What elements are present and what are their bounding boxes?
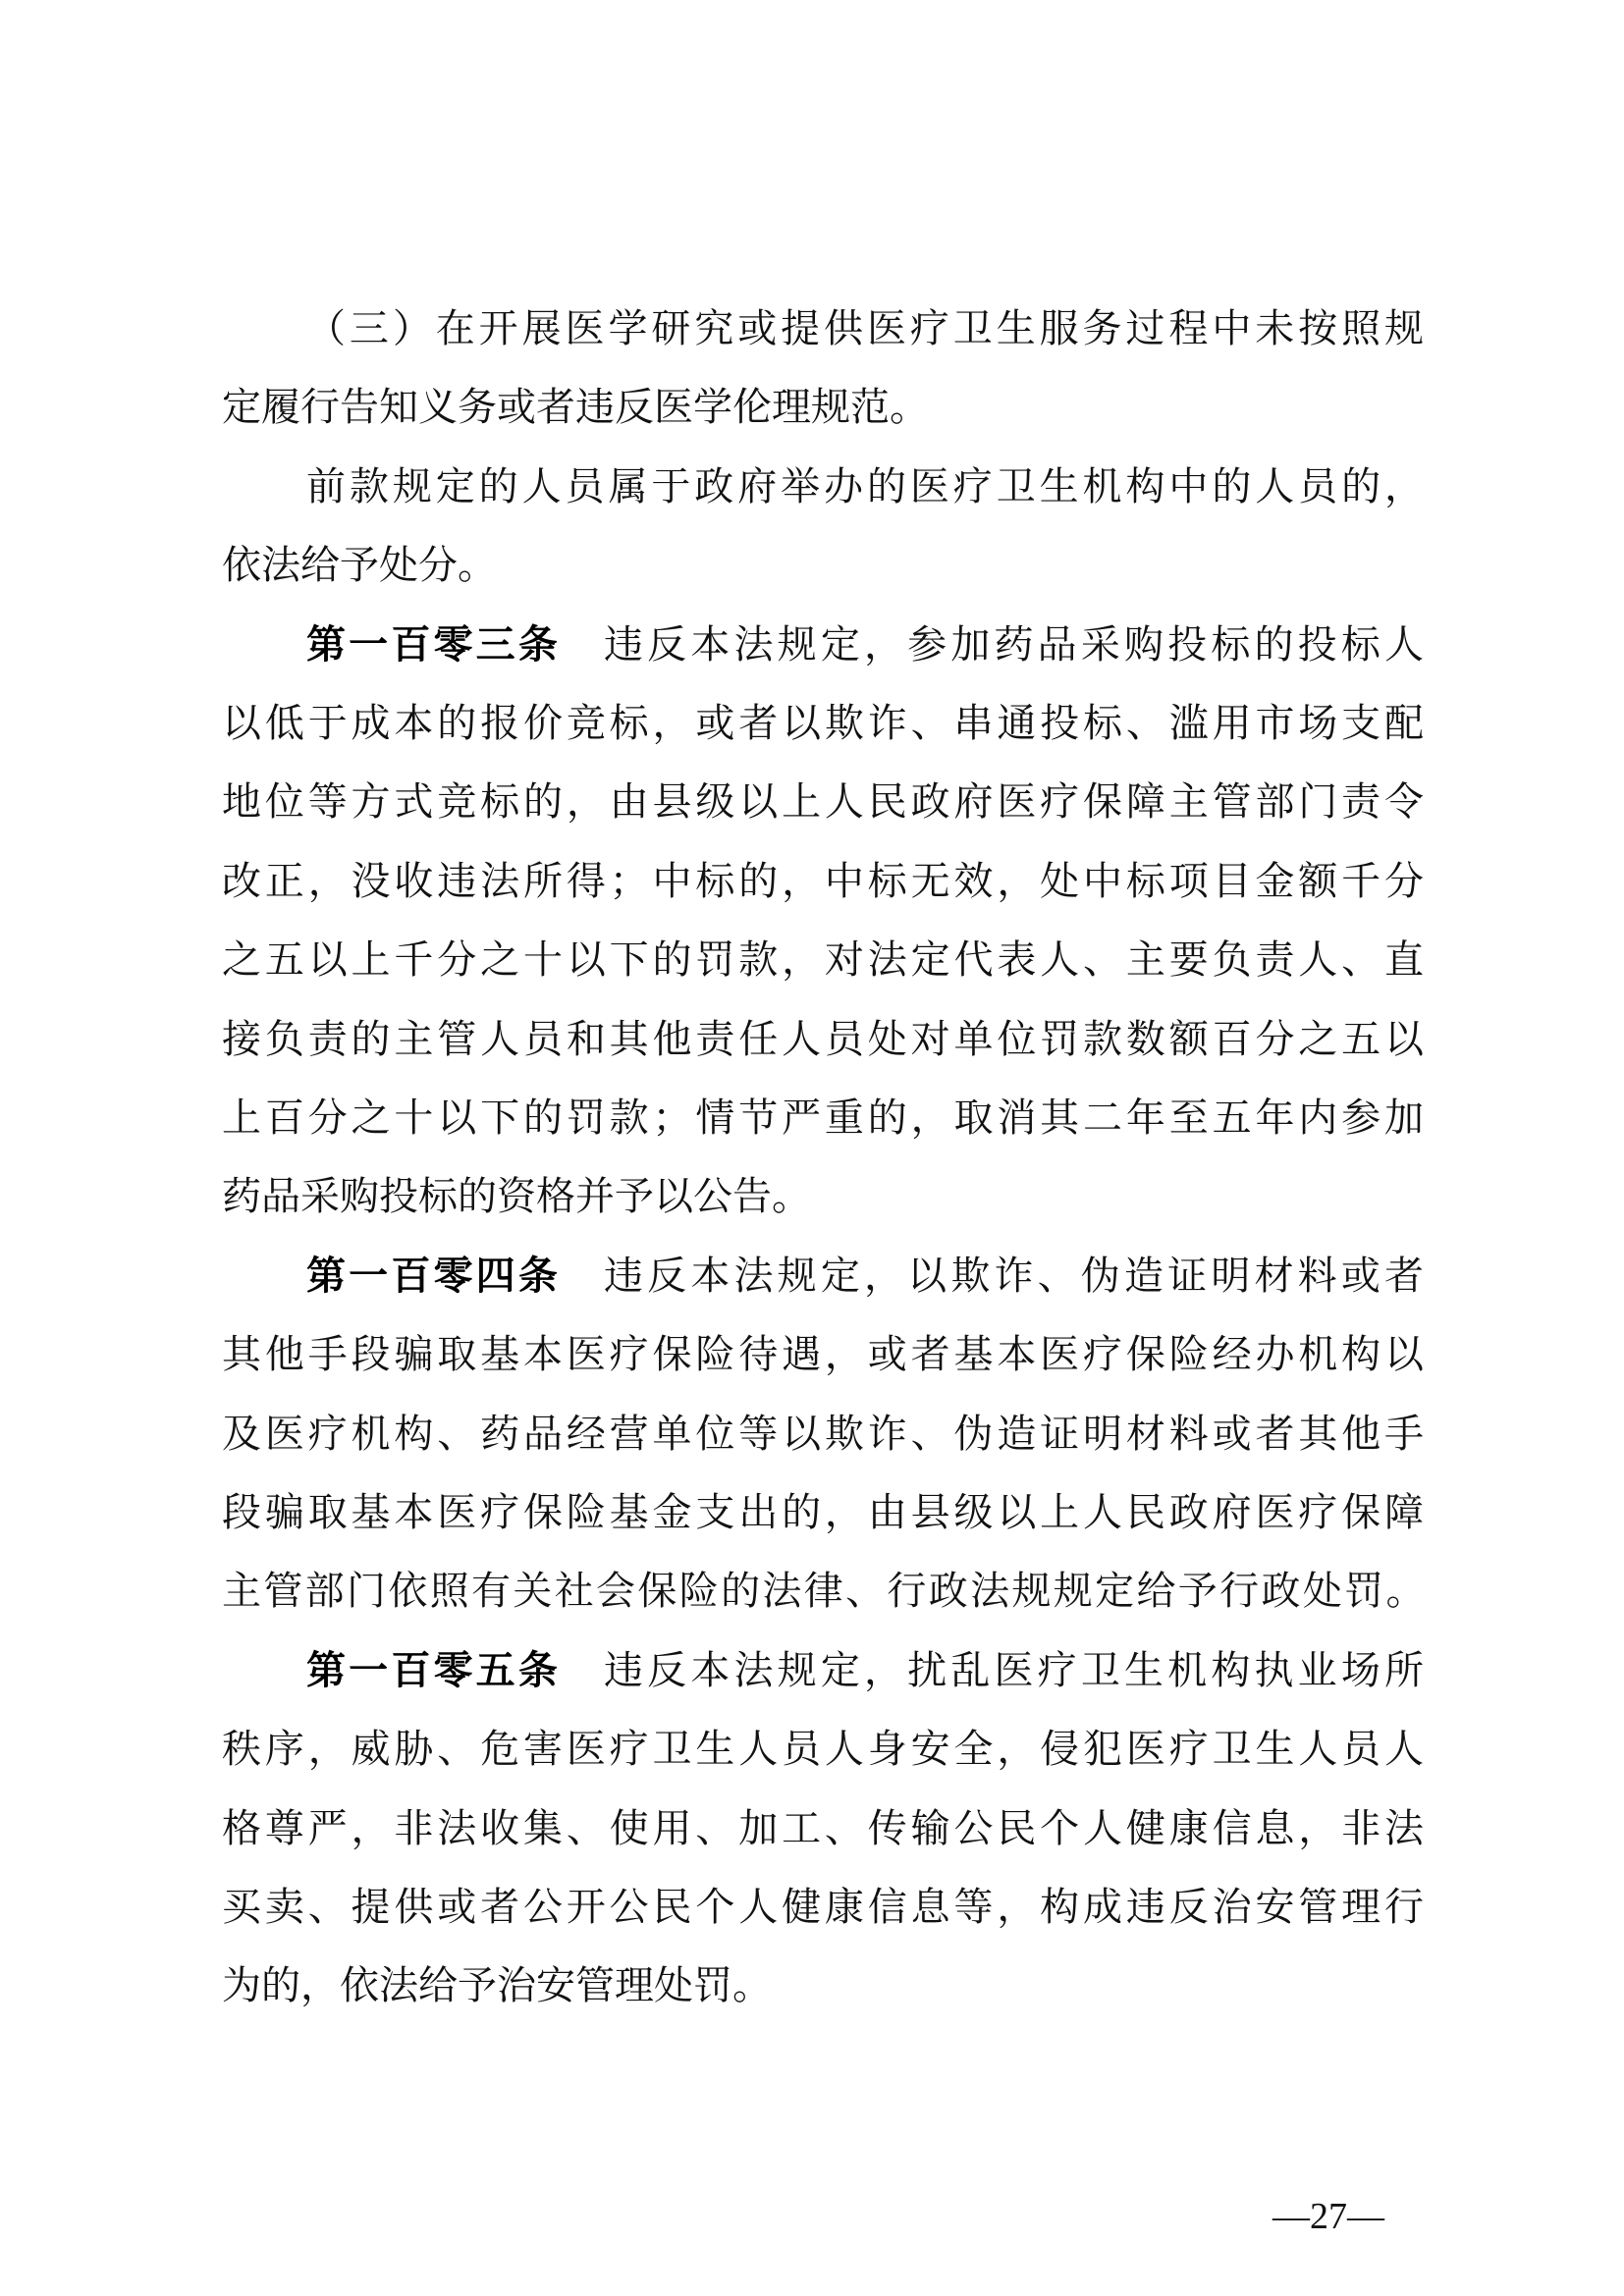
article-104-line-3: 及医疗机构、药品经营单位等以欺诈、伪造证明材料或者其他手 — [222, 1407, 1424, 1462]
article-104-line-5: 主管部门依照有关社会保险的法律、行政法规规定给予行政处罚。 — [222, 1564, 1424, 1619]
article-103-line-5: 之五以上千分之十以下的罚款，对法定代表人、主要负责人、直 — [222, 933, 1424, 988]
article-104-heading: 第一百零四条 — [306, 1254, 561, 1299]
article-104-line-2: 其他手段骗取基本医疗保险待遇，或者基本医疗保险经办机构以 — [222, 1327, 1424, 1382]
article-103-line-3: 地位等方式竞标的，由县级以上人民政府医疗保障主管部门责令 — [222, 774, 1424, 829]
article-103-line-4: 改正，没收违法所得；中标的，中标无效，处中标项目金额千分 — [222, 854, 1424, 909]
article-104-text-start: 违反本法规定，以欺诈、伪造证明材料或者 — [604, 1254, 1424, 1299]
article-104-line-4: 段骗取基本医疗保险基金支出的，由县级以上人民政府医疗保障 — [222, 1485, 1424, 1540]
article-103-line-1: 第一百零三条违反本法规定，参加药品采购投标的投标人 — [222, 617, 1424, 672]
article-105-line-4: 买卖、提供或者公开公民个人健康信息等，构成违反治安管理行 — [222, 1880, 1424, 1935]
article-105-text-start: 违反本法规定，扰乱医疗卫生机构执业场所 — [604, 1648, 1424, 1693]
article-105-line-2: 秩序，威胁、危害医疗卫生人员人身安全，侵犯医疗卫生人员人 — [222, 1722, 1424, 1777]
article-105-line-1: 第一百零五条违反本法规定，扰乱医疗卫生机构执业场所 — [222, 1643, 1424, 1698]
article-105-line-5: 为的，依法给予治安管理处罚。 — [222, 1958, 1424, 2013]
article-104-line-1: 第一百零四条违反本法规定，以欺诈、伪造证明材料或者 — [222, 1249, 1424, 1304]
page-number: —27— — [1272, 2195, 1382, 2238]
paragraph-item-3-line-1: （三）在开展医学研究或提供医疗卫生服务过程中未按照规 — [222, 301, 1424, 356]
article-103-line-6: 接负责的主管人员和其他责任人员处对单位罚款数额百分之五以 — [222, 1012, 1424, 1067]
article-105-line-3: 格尊严，非法收集、使用、加工、传输公民个人健康信息，非法 — [222, 1801, 1424, 1856]
article-103-line-8: 药品采购投标的资格并予以公告。 — [222, 1169, 1424, 1224]
paragraph-staff-line-1: 前款规定的人员属于政府举办的医疗卫生机构中的人员的， — [222, 459, 1424, 514]
paragraph-item-3-line-2: 定履行告知义务或者违反医学伦理规范。 — [222, 380, 1424, 435]
paragraph-staff-line-2: 依法给予处分。 — [222, 538, 1424, 593]
article-103-heading: 第一百零三条 — [306, 622, 561, 667]
document-page: （三）在开展医学研究或提供医疗卫生服务过程中未按照规 定履行告知义务或者违反医学… — [0, 0, 1624, 2296]
article-103-line-2: 以低于成本的报价竞标，或者以欺诈、串通投标、滥用市场支配 — [222, 696, 1424, 751]
article-105-heading: 第一百零五条 — [306, 1648, 561, 1693]
article-103-text-start: 违反本法规定，参加药品采购投标的投标人 — [604, 622, 1424, 667]
article-103-line-7: 上百分之十以下的罚款；情节严重的，取消其二年至五年内参加 — [222, 1091, 1424, 1146]
